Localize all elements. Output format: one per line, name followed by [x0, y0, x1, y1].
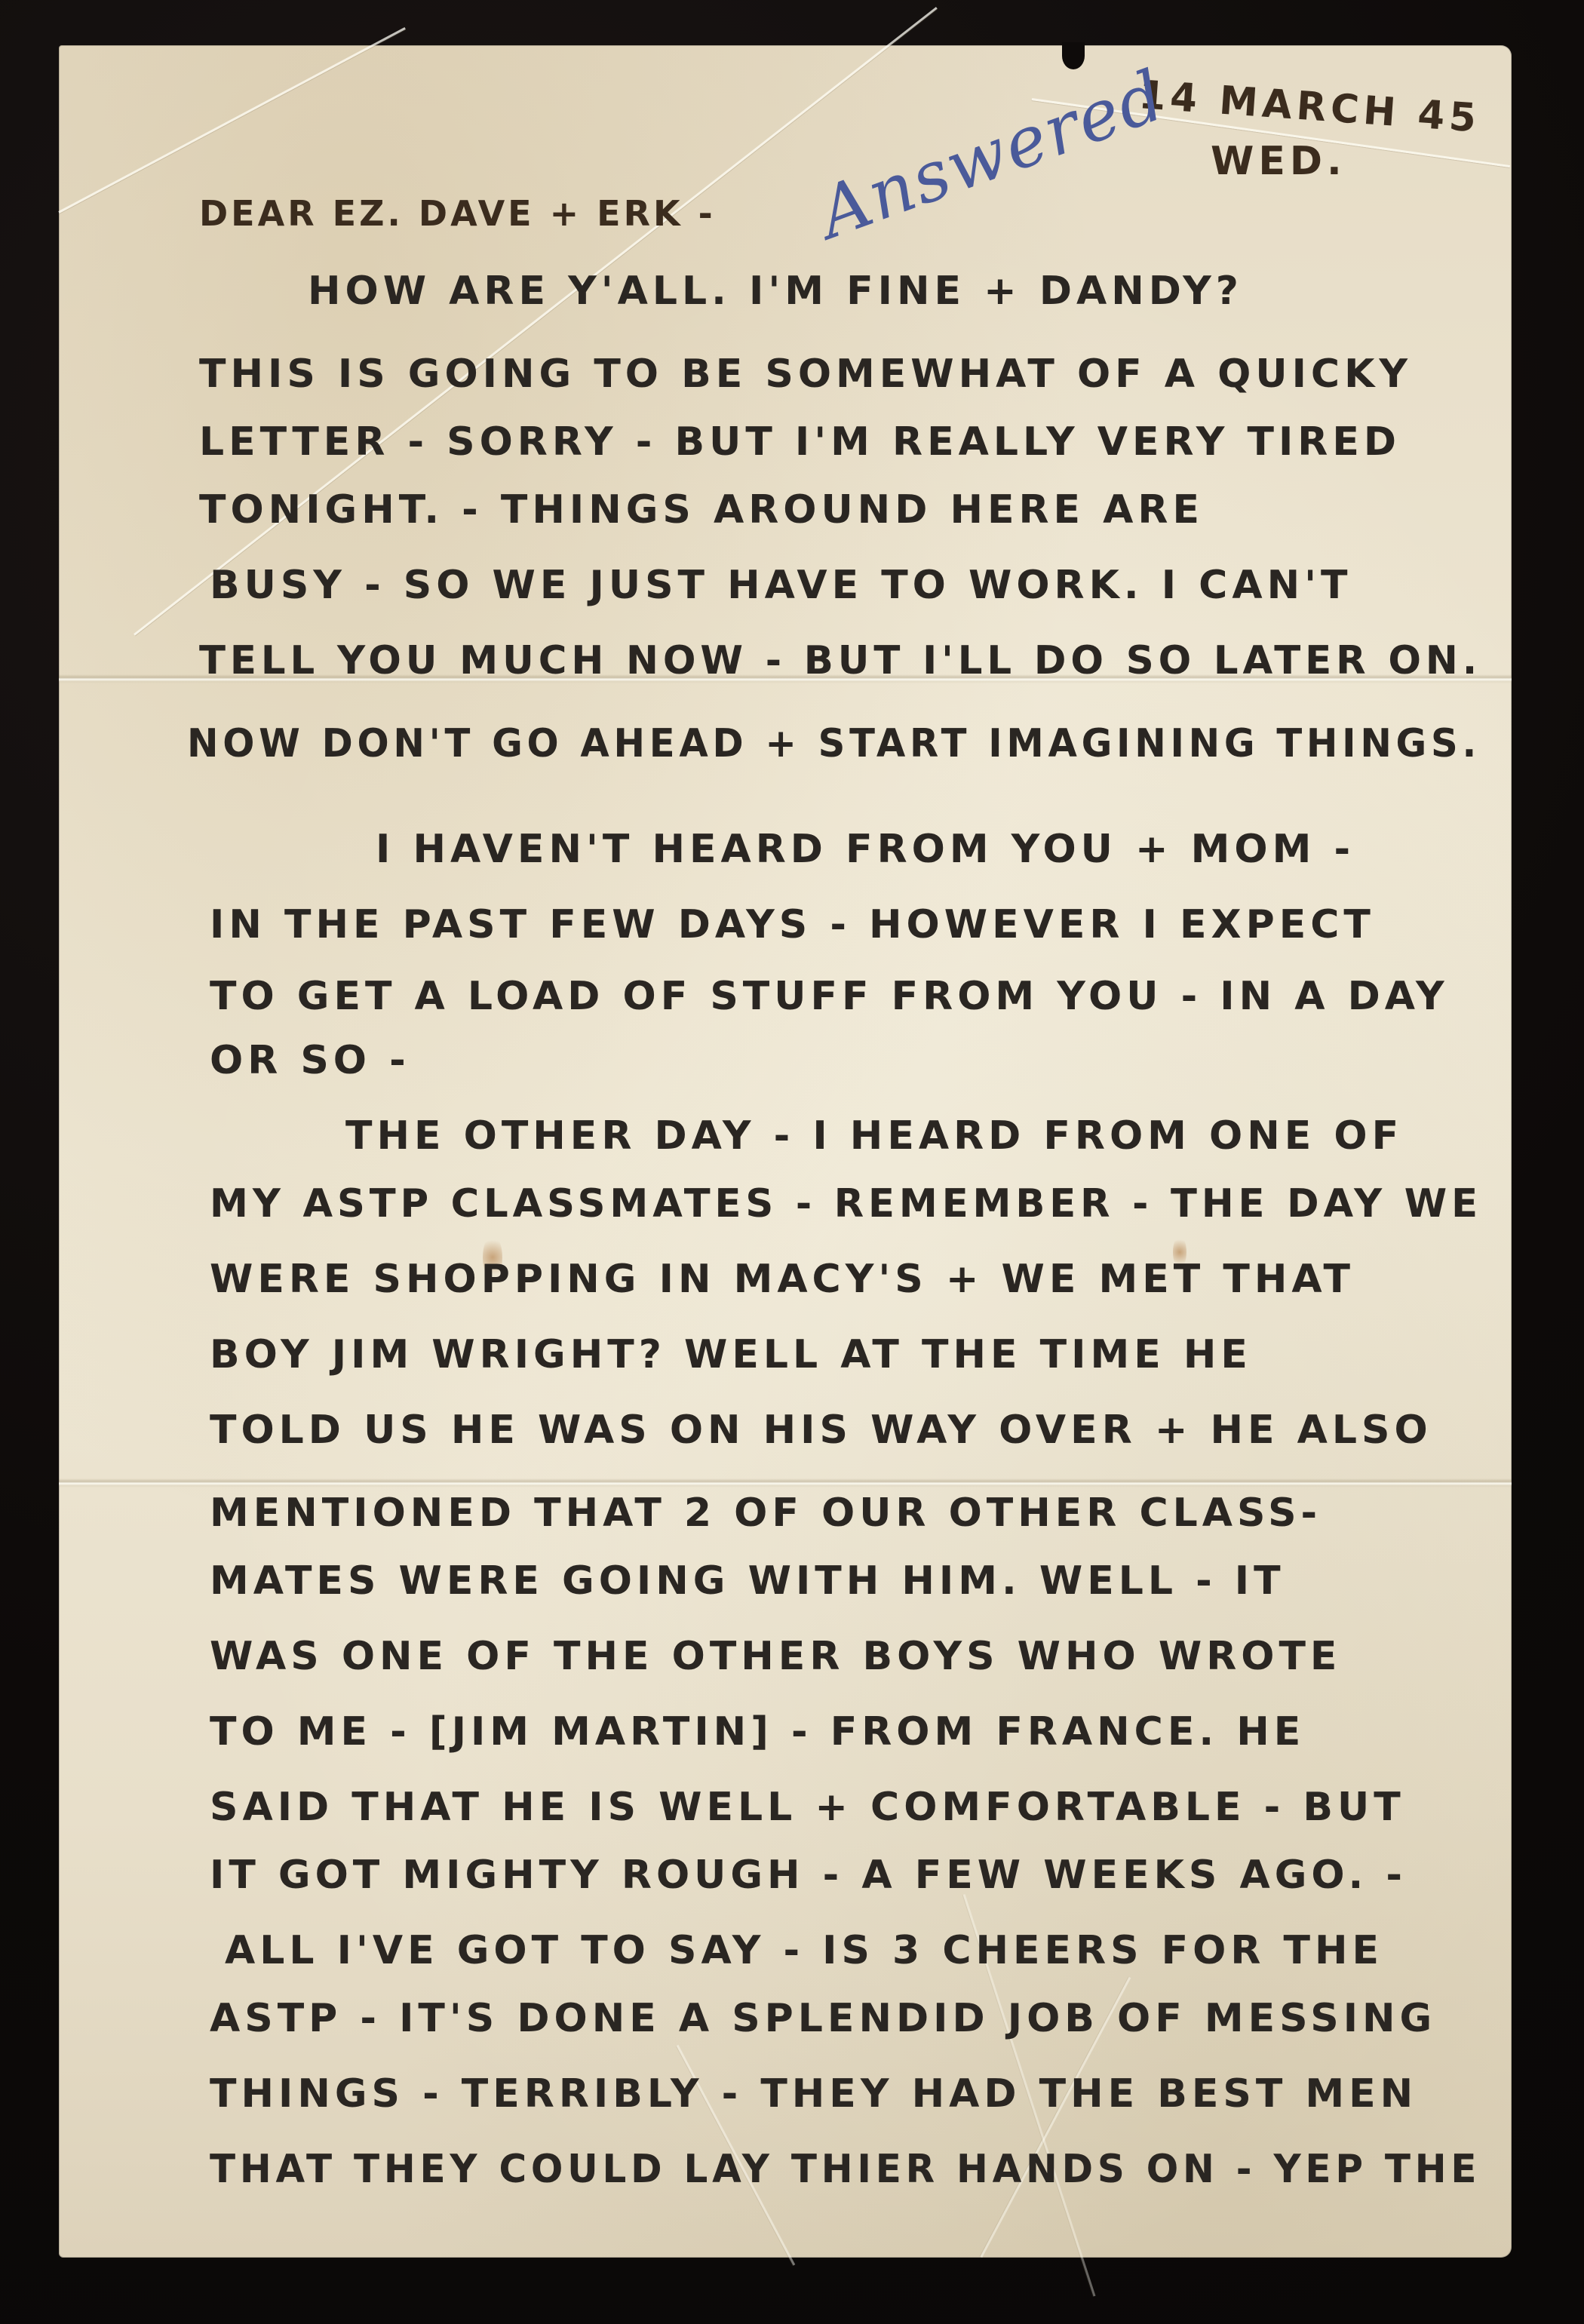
letter-line: tell you much now - but I'll do so later… [199, 641, 1481, 680]
letter-line: were shopping in Macy's + we met that [210, 1260, 1355, 1299]
letter-page: 14 March 45 Wed. Answered Dear Ez. Dave … [59, 45, 1512, 2258]
letter-line: to me - [Jim Martin] - from France. He [210, 1712, 1305, 1751]
letter-line: This is going to be somewhat of a quicky [199, 355, 1412, 394]
crease [58, 27, 406, 213]
answered-annotation: Answered [808, 54, 1175, 254]
letter-line: ASTP - it's done a splendid job of messi… [210, 1999, 1436, 2038]
paper-tear [1062, 42, 1085, 69]
letter-line: boy Jim Wright? Well at the time he [210, 1335, 1252, 1374]
letter-line: mates were going with him. Well - it [210, 1561, 1285, 1601]
letter-line: I haven't heard from you + Mom - [376, 830, 1355, 869]
salutation: Dear Ez. Dave + Erk - [199, 196, 716, 231]
letter-line: mentioned that 2 of our other class- [210, 1494, 1322, 1533]
letter-line: busy - so we just have to work. I can't [210, 566, 1352, 605]
letter-line: it got mighty rough - a few weeks ago. - [210, 1856, 1407, 1895]
letter-line: The other day - I heard from one of [345, 1116, 1403, 1156]
letter-line: in the past few days - However I expect [210, 905, 1375, 944]
letter-line: or so - [210, 1041, 410, 1080]
fold-line-lower [59, 1478, 1512, 1487]
letter-weekday: Wed. [1211, 142, 1346, 181]
letter-line: told us he was on his way over + he also [210, 1411, 1432, 1450]
letter-line: my ASTP classmates - Remember - the day … [210, 1184, 1482, 1223]
letter-line: All I've got to say - is 3 cheers for th… [225, 1931, 1383, 1970]
letter-line: tonight. - Things around here are [199, 490, 1204, 530]
letter-line: that they could lay thier hands on - Yep… [210, 2150, 1481, 2189]
letter-line: letter - Sorry - but I'm really very tir… [199, 422, 1401, 462]
letter-line: things - terribly - They had the best me… [210, 2074, 1417, 2114]
letter-line: How are y'all. I'm fine + dandy? [308, 272, 1243, 311]
letter-line: was one of the other boys who wrote [210, 1637, 1341, 1676]
letter-line: to get a load of stuff from you - in a d… [210, 977, 1449, 1016]
letter-line: Now don't go ahead + start imagining thi… [187, 724, 1481, 763]
letter-line: said that he is well + comfortable - but [210, 1788, 1405, 1827]
crease [134, 7, 938, 636]
letter-date: 14 March 45 [1137, 75, 1481, 139]
